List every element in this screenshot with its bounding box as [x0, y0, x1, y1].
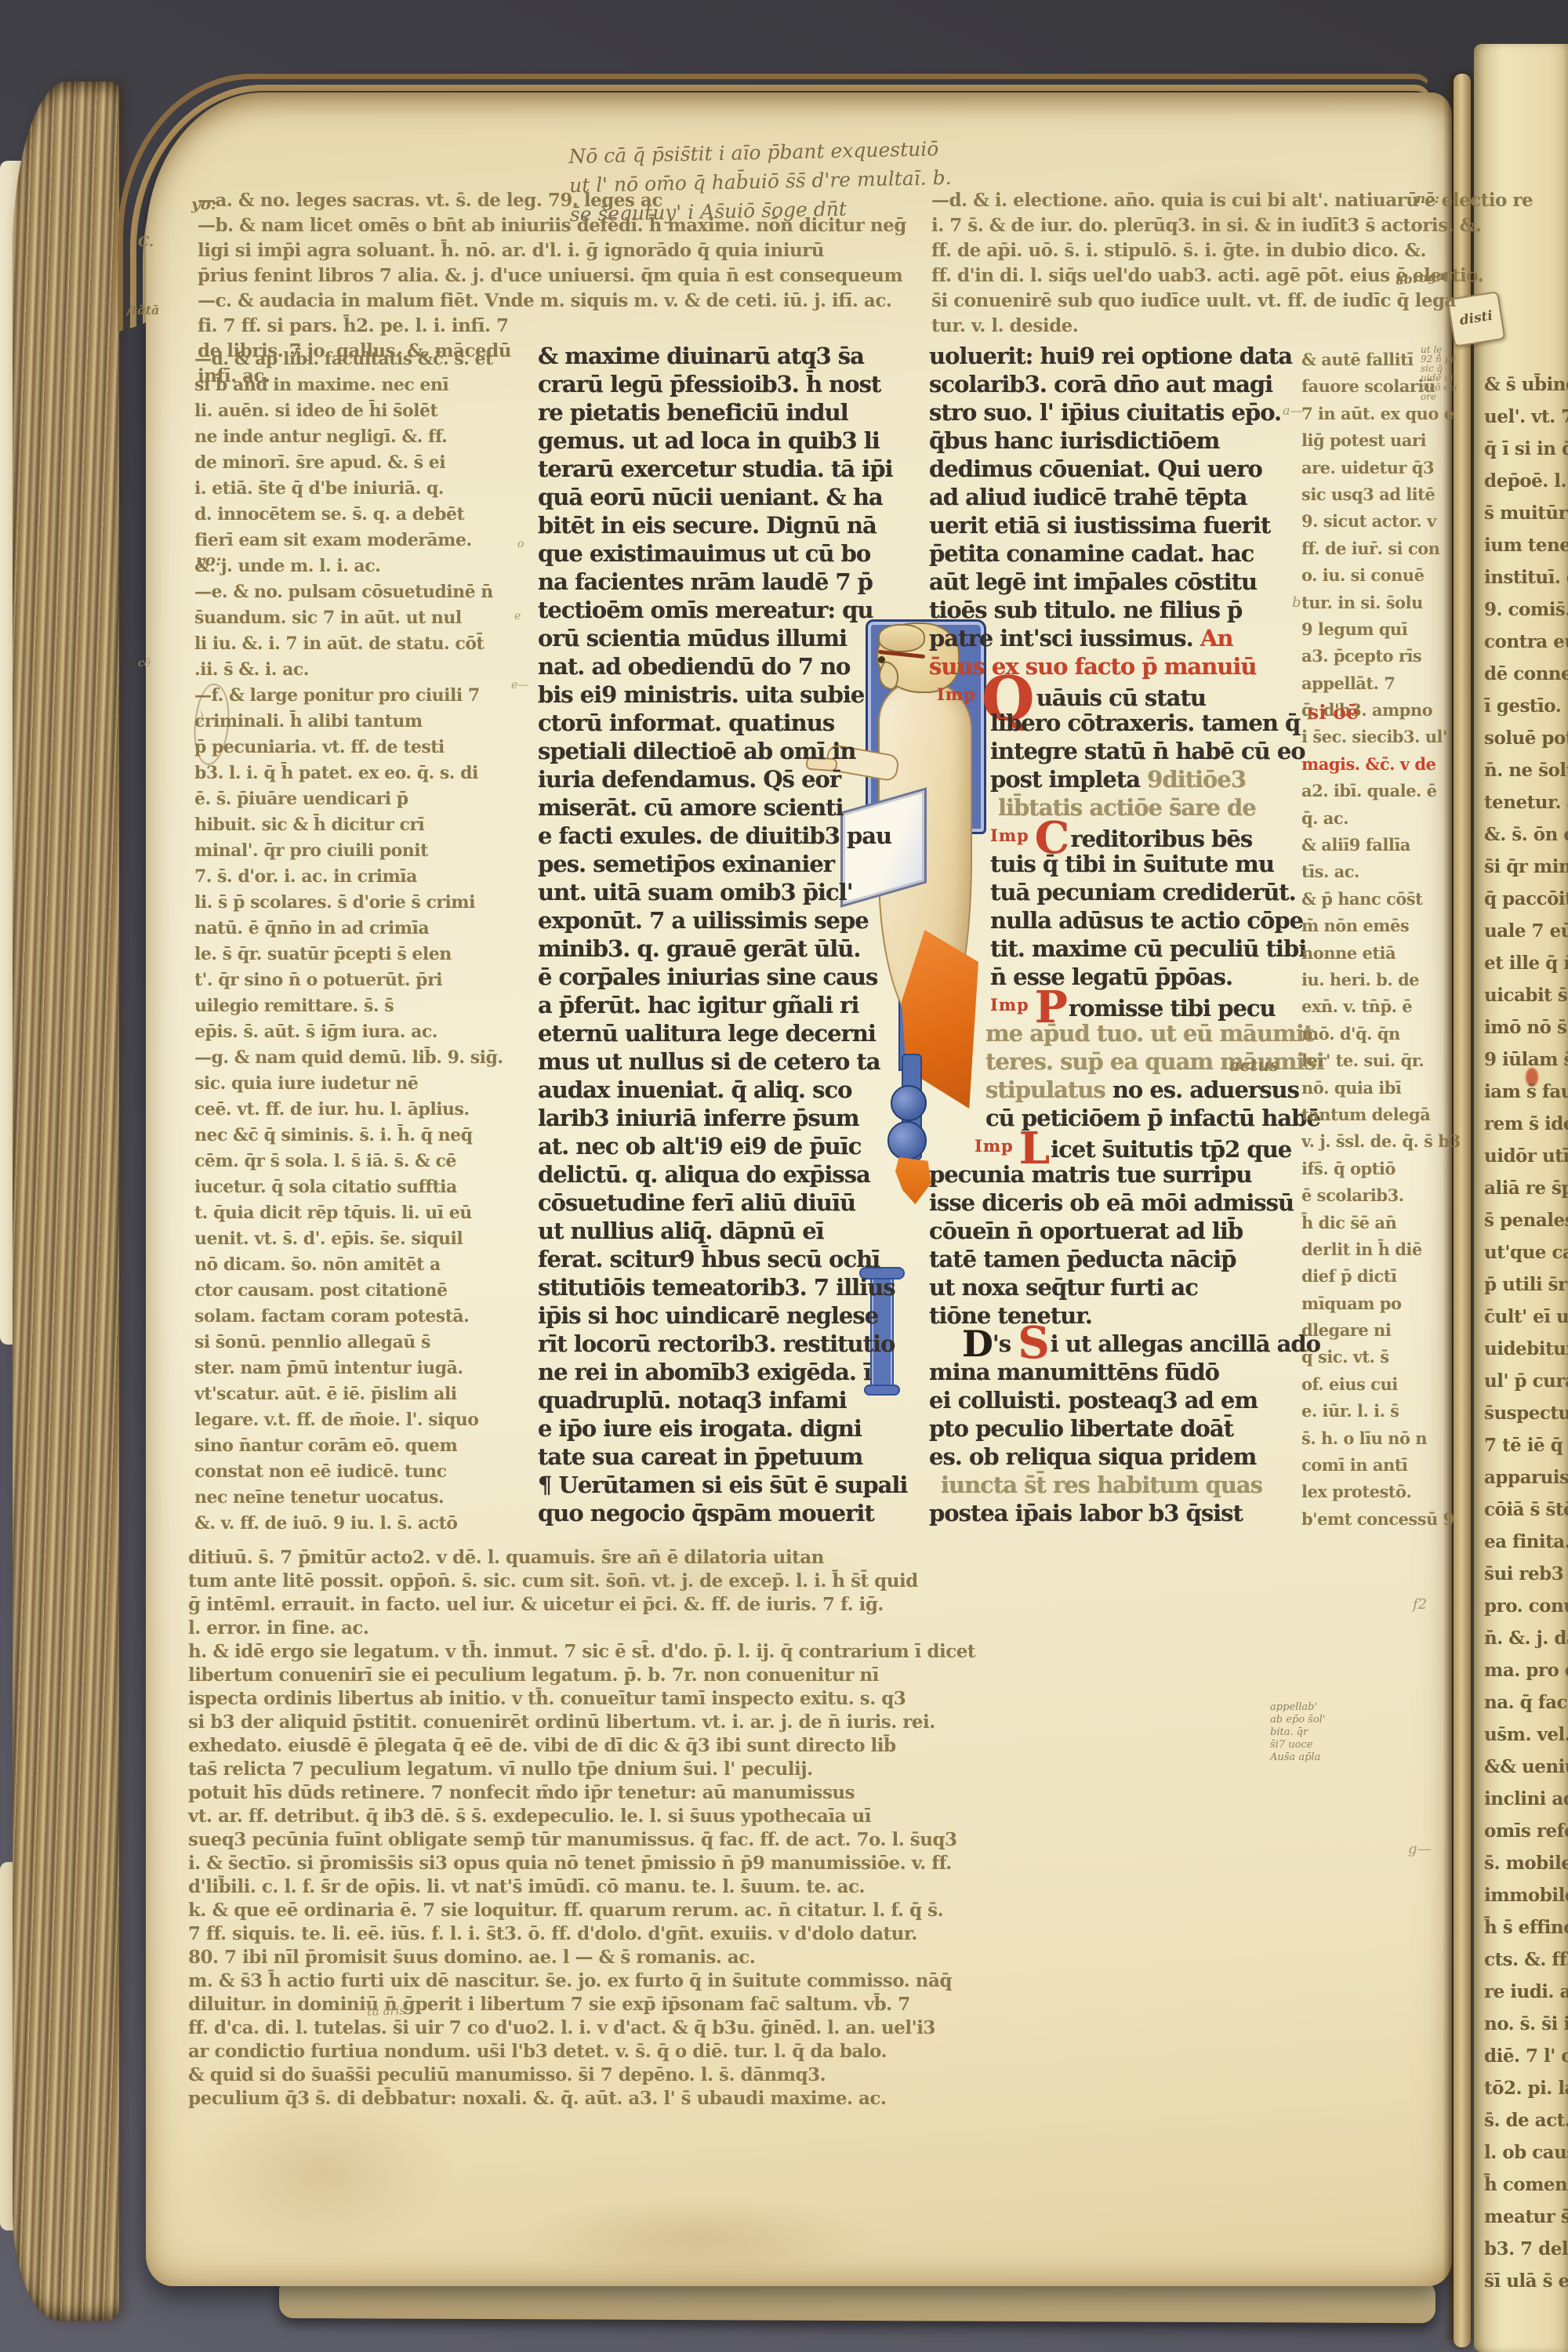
main-column-1-line: delictū. q. aliqua do exp̄issa	[538, 1160, 907, 1189]
left-gloss-column-line: solam. factam coram potestā.	[194, 1304, 503, 1330]
main-column-2-line: integre statū n̄ habē cū eo	[929, 737, 1324, 765]
main-column-2-line: ImpLicet s̄uitutis tp̄2 que	[929, 1132, 1324, 1160]
facing-page-gloss-strip-line: ul' p̄ curatō	[1484, 1365, 1568, 1397]
facing-page-gloss-strip-line: ī gestīo. 7.	[1484, 690, 1568, 722]
main-column-2-line: libero cōtraxeris. tamen q̄	[929, 709, 1324, 737]
facing-page-gloss-strip-line: s̄ muitūr s̄ i q̄	[1484, 497, 1568, 529]
left-gloss-column-line: minal'. q̄r pro ciuili ponit	[194, 838, 503, 864]
main-column-1-line: e facti exules. de diuitib3 pau	[538, 822, 907, 850]
left-gloss-column-line: d. innocētem se. s̄. q. a debēt	[194, 502, 503, 528]
facing-page-gloss-strip-line: us̄m. vel. f.	[1484, 1719, 1568, 1751]
right-gloss-column-line: appellāt. 7	[1301, 670, 1461, 697]
left-gloss-column-line: natū. ē q̄nn̄o in ad crimīa	[194, 916, 503, 942]
left-gloss-column-line: nec neīne tenetur uocatus.	[194, 1485, 503, 1511]
margin-letter-b: b	[1292, 594, 1301, 611]
right-gloss-column-line: s̄. h. o līu nō n	[1301, 1425, 1461, 1452]
bottom-gloss-block-line: potuit hīs dūds retinere. 7 nonfecit m̄d…	[188, 1781, 975, 1805]
bottom-gloss-block-line: diluitur. in dominiū n̄ ḡperit i libertu…	[188, 1993, 975, 2016]
facing-page-gloss-strip-line: et ille q̄ n̄o	[1484, 947, 1568, 979]
bottom-gloss-block-line: peculium q̄3 s̄. di deb̄batur: noxali. &…	[188, 2087, 975, 2111]
left-gloss-column-line: ne inde antur negligī. &. ff.	[194, 424, 503, 450]
main-column-1-line: eternū ualitura lege decerni	[538, 1019, 907, 1047]
bottom-gloss-block-line: ff. d'ca. di. l. tutelas. s̄i uir 7 co d…	[188, 2016, 975, 2040]
margin-letter-f2: f2	[1413, 1596, 1427, 1613]
facing-page-gloss-strip-line: ut'que cas̄u	[1484, 1236, 1568, 1269]
facing-page-gloss-strip-line: diē. 7 l' op̄re	[1484, 2040, 1568, 2072]
facing-page-gloss-strip-line: s̄uspectum	[1484, 1397, 1568, 1429]
left-gloss-column-line: legare. v.t. ff. de m̄oie. l'. siquo	[194, 1407, 503, 1433]
gutter-side-note-line: ore	[1421, 392, 1457, 401]
main-column-1-line: quadruplū. notaq3 infami	[538, 1386, 907, 1414]
main-column-2-line: ImpPromisse tibi pecu	[929, 991, 1324, 1019]
text-segment: 's	[993, 1330, 1018, 1357]
right-gloss-column-line: sic usq3 ad litē	[1301, 481, 1461, 508]
main-column-1-line: rīt locorū rectorib3. restitutio	[538, 1330, 907, 1358]
left-gloss-column-line: vt'scatur. aūt. ē iē. p̄islim ali	[194, 1381, 503, 1407]
left-gloss-column-line: &. v. ff. de iuō. 9 iu. l. s̄. actō	[194, 1511, 503, 1537]
main-column-2: uoluerit: hui9 rei optione datascolarib3…	[929, 342, 1324, 1527]
facing-page-gloss-strip-line: l. ob causas	[1484, 2136, 1568, 2169]
main-column-2-line: n̄ esse legatū p̄pōas.	[929, 963, 1324, 991]
facing-page-gloss-strip-line: s̄ui reb3 p̄r	[1484, 1558, 1568, 1590]
main-column-2-line: ad aliud iudicē trahē tēpta	[929, 483, 1324, 511]
facing-page-gloss-strip-line: uidebitur	[1484, 1333, 1568, 1365]
right-gloss-column-line: iu. heri. b. de	[1301, 967, 1461, 993]
left-gloss-column-line: nō dicam. s̄o. nōn amitēt a	[194, 1252, 503, 1278]
left-gloss-column-line: si s̄onū. pennlio allegaū s̄	[194, 1330, 503, 1356]
facing-page-gloss-strip-line: ea finita. 7p̄	[1484, 1526, 1568, 1558]
text-segment: libero cōtraxeris. tamen q̄	[990, 710, 1300, 736]
main-column-2-line: pto peculio libertate doāt̄	[929, 1414, 1324, 1443]
left-gloss-column-line: t. q̄uia dicit rēp tq̄uis. li. uī eū	[194, 1200, 503, 1226]
text-segment: post impleta	[990, 766, 1147, 793]
facing-page-gloss-strip-line: inclini adict	[1484, 1783, 1568, 1815]
right-gloss-column-line: derlit in h̄ diē	[1301, 1236, 1461, 1263]
main-column-1-line: terarū exercetur studia. tā ip̄i	[538, 455, 907, 483]
bottom-gloss-block-line: sueq3 pecūnia fuīnt obligate semp̄ tūr m…	[188, 1828, 975, 1852]
right-gloss-column-line: q̄. ac.	[1301, 805, 1461, 832]
left-gloss-column-line: s̄uandum. sic 7 in aūt. ut nul	[194, 605, 503, 631]
top-left-gloss-line: fi. 7 ff. si pars. h̄2. pe. l. i. infī. …	[198, 314, 906, 339]
main-column-1-line: at. nec ob alt'i9 ei9 de p̄uīc	[538, 1132, 907, 1160]
facing-page-gloss-strip-line: uel'. vt. 7 ff. dē	[1484, 401, 1568, 433]
facing-page-gloss-strip-line: tenetur. al'	[1484, 786, 1568, 818]
left-gloss-column-line: iucetur. q̄ sola citatio sufftia	[194, 1174, 503, 1200]
bottom-gloss-block-line: & quid si do s̄uas̄s̄i peculiū manumisso…	[188, 2063, 975, 2087]
main-column-1-line: quā eorū nūcii ueniant. & ha	[538, 483, 907, 511]
main-column-1-line: nat. ad obediendū do 7 no	[538, 652, 907, 681]
main-column-2-line: post impleta 9ditiōe3	[929, 765, 1324, 793]
main-column-2-line: ImpQuāuis cū statu	[929, 681, 1324, 709]
facing-page-gloss-strip-line: iam s̄ fauō	[1484, 1076, 1568, 1108]
margin-mark: C.	[138, 234, 154, 250]
rubric-text: Imp	[990, 995, 1029, 1014]
right-gloss-column-line: 9. sicut actor. v	[1301, 508, 1461, 535]
main-column-2-line: stipulatus no es. aduersus	[929, 1076, 1324, 1104]
margin-letter-g: g—	[1408, 1841, 1432, 1857]
facing-page-gloss-strip-line: immobiles.	[1484, 1879, 1568, 1911]
top-left-gloss-line: —a. & no. leges sacras. vt. s̄. de leg. …	[198, 188, 906, 213]
main-column-1-line: ē corp̄ales iniurias sine caus	[538, 963, 907, 991]
right-gloss-column-line: of. eius cui	[1301, 1371, 1461, 1398]
right-gloss-column-line: i s̄ec. siecib3. ul'	[1301, 724, 1461, 750]
left-gloss-column-line: criminali. h̄ alibi tantum	[194, 709, 503, 735]
facing-page-gloss-strip-line: & s̄ ub̄indo. vt	[1484, 368, 1568, 401]
main-column-1-line: ¶ Uerūtamen si eis s̄ūt ē supali	[538, 1471, 907, 1499]
facing-page-gloss-strip-line: uale 7 eū s̄	[1484, 915, 1568, 947]
left-leaf-edge-stack	[13, 82, 119, 2321]
quire-mark: yo:	[196, 550, 221, 569]
bottom-gloss-block-line: tum ante litē possit. opp̄on̄. s̄. sic. …	[188, 1570, 975, 1593]
right-gloss-column-line: a3. p̄cepto rīs	[1301, 643, 1461, 670]
text-segment: nulla adūsus te actio cōpe	[990, 907, 1303, 934]
right-gloss-column-line: are. uidetur q̄3	[1301, 455, 1461, 481]
main-column-1-line: miserāt. cū amore scienti	[538, 793, 907, 822]
facing-page-gloss-strip-line: h̄ comen fieō	[1484, 2169, 1568, 2201]
main-column-1: & maxime diuinarū atq3 s̄acrarū legū p̄f…	[538, 342, 907, 1527]
facing-page-gloss-strip-line: contra eū s̄	[1484, 626, 1568, 658]
main-column-1-line: iuria defendamus. Qs̄ eor̄	[538, 765, 907, 793]
right-gloss-column-line: ff. de iur̄. si con	[1301, 535, 1461, 562]
main-column-1-line: quo negocio q̄spām mouerit	[538, 1499, 907, 1527]
facing-page-gloss-strip-line: re iudi. a di	[1484, 1976, 1568, 2008]
bottom-gloss-block-line: ispecta ordinis libertus ab initio. v th…	[188, 1687, 975, 1711]
left-gloss-column-line: sic. quia iure iudetur nē	[194, 1071, 503, 1097]
top-right-gloss-line: i. 7 s̄. & de iur. do. plerūq3. in si. &…	[931, 213, 1533, 238]
right-gloss-column-line: liḡ potest uari	[1301, 427, 1461, 454]
right-gloss-column-line: nonne etiā	[1301, 940, 1461, 967]
top-right-gloss-line: s̄i conuenirē sub quo iudīce uult. vt. f…	[931, 289, 1533, 314]
text-segment: i ut allegas ancillā ado	[1051, 1330, 1320, 1357]
top-right-gloss-line: —d. & i. electione. an̄o. quia is cui bi…	[931, 188, 1533, 213]
intercolumn-squiggle: e	[514, 610, 521, 622]
bottom-gloss-block-line: m. & s̄3 h̄ actio furti uix dē nascitur.…	[188, 1969, 975, 1993]
left-gloss-column-line: t'. q̄r sino n̄ o potuerūt. p̄ri	[194, 967, 503, 993]
main-column-2-line: q̄bus hanc iurisdictiōem	[929, 426, 1324, 455]
main-column-1-line: gemus. ut ad loca in quib3 li	[538, 426, 907, 455]
faded-note: tū aris	[367, 2003, 406, 2019]
left-gloss-column-line: —d. & ap̄ lib̄i. facultatis &c̄. s̄. et	[194, 347, 503, 372]
top-left-gloss-line: —c. & audacia in malum fiēt. Vnde m. siq…	[198, 289, 906, 314]
facing-page-gloss-strip-line: na. q̄ fac. ff. d'	[1484, 1686, 1568, 1719]
rubric-text: An	[1200, 625, 1233, 652]
facing-page-gloss-strip-line: meatur s̄ete	[1484, 2201, 1568, 2233]
rubric-text: Imp	[975, 1136, 1014, 1156]
bottom-gloss-block: ditiuū. s̄. 7 p̄mitūr acto2. v dē. l. qu…	[188, 1546, 975, 2111]
rubric-text: s̄uus ex suo facto p̄ manuiū	[929, 653, 1256, 680]
main-column-2-line: p̄etita conamine cadat. hac	[929, 539, 1324, 568]
facing-page-gloss-strip-line: tō2. pi. la. 7	[1484, 2072, 1568, 2104]
top-left-gloss-line: —b. & nam licet omēs o bn̄t ab iniuriis …	[198, 213, 906, 238]
bottom-gloss-block-line: l. error. in fine. ac.	[188, 1617, 975, 1640]
margin-mark: /tātā	[127, 303, 159, 318]
facing-page-gloss-strip-line: q̄ paccōit	[1484, 883, 1568, 915]
main-column-1-line: audax inueniat. q̄ aliq. sco	[538, 1076, 907, 1104]
facing-page-gloss-strip-line: n̄. ne s̄olū	[1484, 754, 1568, 786]
main-column-2-line: mina manumittēns fūdō	[929, 1358, 1324, 1386]
left-gloss-column-line: —g. & nam quid demū. lib̄. 9. siḡ.	[194, 1045, 503, 1071]
main-column-2-line: nulla adūsus te actio cōpe	[929, 906, 1324, 935]
right-gloss-column-line: ler' te. sui. q̄r.	[1301, 1047, 1461, 1074]
main-column-2-line: scolarib3. corā dn̄o aut magi	[929, 370, 1324, 398]
text-segment: uāuis cū statu	[1036, 684, 1206, 711]
left-gloss-column-line: li iu. &. i. 7 in aūt. de statu. cōt̄	[194, 631, 503, 657]
right-gloss-column-line: & aliī9 fallīa	[1301, 832, 1461, 858]
right-gloss-column-line: o. iu. si conuē	[1301, 562, 1461, 589]
bottom-gloss-block-line: si b3 der aliquid p̄stitit. conuenirēt o…	[188, 1711, 975, 1734]
left-gloss-column: —d. & ap̄ lib̄i. facultatis &c̄. s̄. ets…	[194, 347, 503, 1537]
right-gloss-column-line: & p̄ hanc cōs̄t	[1301, 886, 1461, 913]
main-column-2-line: uoluerit: hui9 rei optione data	[929, 342, 1324, 370]
right-gloss-column-line: tīs. ac.	[1301, 858, 1461, 885]
text-segment: no es. aduersus	[1112, 1076, 1299, 1103]
left-gloss-column-line: .ii. s̄ &. i. ac.	[194, 657, 503, 683]
main-column-1-line: ut nullius aliq̄. dāpnū eī	[538, 1217, 907, 1245]
bottom-gloss-block-line: ar condictio furtiua nondum. us̄i l'b3 d…	[188, 2040, 975, 2063]
main-column-2-line: es. ob reliqua siqua pridem	[929, 1443, 1324, 1471]
left-gloss-column-line: hibuit. sic & h̄ dicitur crī	[194, 812, 503, 838]
intercolumn-squiggle: o	[517, 538, 524, 550]
main-column-1-line: pes. semetip̄os exinanier	[538, 850, 907, 878]
bottom-gloss-block-line: k. & que eē ordinaria ē. 7 sie loquitur.…	[188, 1899, 975, 1922]
bottom-gloss-block-line: 7 ff. siquis. te. li. eē. iūs. f. l. i. …	[188, 1922, 975, 1946]
left-gloss-column-line: 7. s̄. d'or. i. ac. in crimīa	[194, 864, 503, 890]
rubric-text: magis. &c̄. v de	[1301, 754, 1436, 774]
main-column-1-line: cōsuetudine ferī aliū diuīū	[538, 1189, 907, 1217]
intercolumn-squiggle: e—	[511, 679, 528, 691]
manuscript-photo: disti Nō cā q̄ p̄sis̄tit i aīo p̄bant ex…	[0, 0, 1568, 2352]
top-right-gloss-line: ff. de ap̄i. uō. s̄. i. stipulō. s̄. i. …	[931, 238, 1533, 263]
right-gloss-column-line: ē scolarib3.	[1301, 1182, 1461, 1209]
right-gloss-column-line: dlegare ni	[1301, 1317, 1461, 1344]
facing-page-gloss-strip-line: soluē potin	[1484, 722, 1568, 754]
text-segment: tuis q̄ tibi in s̄uitute mu	[990, 851, 1274, 877]
left-gloss-column-line: li. s̄ p̄ scolares. s̄ d'orie s̄ crimi	[194, 890, 503, 916]
facing-page-gloss-strip-line: uidōr utīq̄	[1484, 1140, 1568, 1172]
main-column-2-line: ei colluisti. posteaq3 ad em	[929, 1386, 1324, 1414]
right-gloss-column-line: exn̄. v. tn̄p̄. ē	[1301, 993, 1461, 1020]
right-gloss-column-line: mō. d'q̄. q̄n	[1301, 1021, 1461, 1047]
text-segment: iuncta s̄t̄ res habitum quas	[941, 1472, 1262, 1498]
main-column-2-line: iuncta s̄t̄ res habitum quas	[929, 1471, 1324, 1499]
right-gloss-column-line: tur. in si. s̄olu	[1301, 590, 1461, 616]
right-gloss-column-line: e. iūr. l. i. s̄	[1301, 1398, 1461, 1425]
main-column-2-line: tatē tamen p̄educta nācip̄	[929, 1245, 1324, 1273]
facing-page-gloss-strip-line: s̄. de act. 7o.	[1484, 2104, 1568, 2136]
quire-mark: no:	[1416, 191, 1439, 207]
left-gloss-column-line: uilegio remittare. s̄. s̄	[194, 993, 503, 1019]
rubric-text: Imp	[937, 684, 976, 704]
bottom-gloss-block-line: vt. ar. ff. detribut. q̄ ib3 dē. s̄ s̄. …	[188, 1805, 975, 1828]
left-gloss-column-line: ster. nam p̄mū intentur iugā.	[194, 1356, 503, 1381]
margin-word-actus: actus	[1229, 1055, 1279, 1075]
main-column-2-line: tuā pecuniam crediderūt.	[929, 878, 1324, 906]
bottom-right-cursive-note: appellab'ab ep̄o s̄ol'bita. q̄rs̄i7 uoce…	[1270, 1701, 1325, 1764]
facing-page-gloss-strip-line: rem s̄ ideō n̄	[1484, 1108, 1568, 1140]
margin-mark: cē	[138, 657, 151, 670]
facing-page-gloss-strip-line: p̄ utili s̄rē	[1484, 1269, 1568, 1301]
left-gloss-column-line: ep̄is. s̄. aūt. s̄ iḡm iura. ac.	[194, 1019, 503, 1045]
main-column-1-line: bitēt in eis secure. Dignū nā	[538, 511, 907, 539]
main-column-2-line: patre int'sci iussimus. An	[929, 624, 1324, 652]
facing-page-gloss-strip-line: ma. pro offi	[1484, 1654, 1568, 1686]
text-segment: tuā pecuniam crediderūt.	[990, 879, 1296, 906]
top-right-gloss-line: tur. v. l. deside.	[931, 314, 1533, 339]
left-gloss-column-line: ctor causam. post citationē	[194, 1278, 503, 1304]
main-column-1-line: crarū legū p̄fessioib3. h̄ nost	[538, 370, 907, 398]
right-gloss-column-line: magis. &c̄. v de	[1301, 751, 1461, 778]
main-column-2-line: tuis q̄ tibi in s̄uitute mu	[929, 850, 1324, 878]
left-gloss-column-line: si b̄ an̄d in maxime. nec enī	[194, 372, 503, 398]
facing-page-gloss-strip-line: dep̄oē. l. s̄ ancī	[1484, 465, 1568, 497]
bottom-gloss-block-line: ḡ intēml. errauit. in facto. uel iur. & …	[188, 1593, 975, 1617]
bottom-right-cursive-note-line: bita. q̄r	[1270, 1726, 1325, 1739]
main-column-1-line: orū scientia mūdus illumi	[538, 624, 907, 652]
bottom-gloss-block-line: exhedato. eiusdē ē p̄legata q̄ eē de. vi…	[188, 1734, 975, 1758]
rubric-margin-note: si oē	[1308, 701, 1359, 724]
main-column-1-line: bis ei9 ministris. uita subie	[538, 681, 907, 709]
left-gloss-column-line: p̄ pecuniaria. vt. ff. de testi	[194, 735, 503, 760]
facing-page-gloss-strip-line: pro. conuem	[1484, 1590, 1568, 1622]
right-gloss-column-line: mīquam po	[1301, 1290, 1461, 1317]
gutter-side-note: ut lę92 n̄ pēsic q̄uidē uidicō elsore	[1421, 345, 1457, 401]
main-column-1-line: que existimauimus ut cū bo	[538, 539, 907, 568]
facing-page-gloss-strip: & s̄ ub̄indo. vtuel'. vt. 7 ff. dēq̄ ī s…	[1484, 368, 1568, 2297]
bottom-right-cursive-note-line: Aus̄a ap̄la	[1270, 1751, 1325, 1764]
bottom-gloss-block-line: h. & idē ergo sie legatum. v th̄. inmut.…	[188, 1640, 975, 1664]
text-segment: 9ditiōe3	[1147, 766, 1246, 793]
left-gloss-column-line: —f. & large ponitur pro ciuili 7	[194, 683, 503, 709]
left-gloss-column-line: le. s̄ q̄r. suatūr p̄cepti s̄ elen	[194, 942, 503, 967]
right-gloss-column-line: v. j. s̄sl. de. q̄. s̄ b3	[1301, 1128, 1461, 1155]
facing-page-gloss-strip-line: n̄. &. j. dami	[1484, 1622, 1568, 1654]
main-column-1-line: larib3 iniuriā inferre p̄sum	[538, 1104, 907, 1132]
left-gloss-column-line: b3. l. i. q̄ h̄ patet. ex eo. q̄. s. di	[194, 760, 503, 786]
bottom-gloss-block-line: libertum conuenirī sie ei peculium legat…	[188, 1664, 975, 1687]
main-column-1-line: ferat. scitur9 h̄bus secū ochī	[538, 1245, 907, 1273]
facing-page-gloss-strip-line: c̄ult' eī ulō	[1484, 1301, 1568, 1333]
main-column-2-line: uerit etiā si iustissima fuerit	[929, 511, 1324, 539]
facing-page-gloss-strip-line: q̄ ī si in q̄u. v.	[1484, 433, 1568, 465]
main-column-2-line: lib̄tatis actiōe s̄are de	[929, 793, 1324, 822]
main-column-2-line: dedimus cōueniat. Qui uero	[929, 455, 1324, 483]
main-column-2-line: me ap̄ud tuo. ut eū māumit	[929, 1019, 1324, 1047]
facing-page-gloss-strip-line: instituī. dē	[1484, 561, 1568, 593]
main-column-1-line: stitutiōis temeatorib3. 7 illius	[538, 1273, 907, 1301]
right-gloss-column-line: a2. ibī. quale. ē	[1301, 778, 1461, 804]
main-column-2-line: D's Si ut allegas ancillā ado	[929, 1330, 1324, 1358]
main-column-2-line: stro suo. l' ip̄ius ciuitatis ep̄o.	[929, 398, 1324, 426]
left-gloss-column-line: cēm. q̄r s̄ sola. l. s̄ iā. s̄. & cē	[194, 1149, 503, 1174]
facing-page-gloss-strip-line: dē connexa	[1484, 658, 1568, 690]
quire-mark: yo:	[191, 194, 216, 213]
right-gloss-column-line: q̄ sic. vt. s̄	[1301, 1344, 1461, 1370]
right-gloss-column-line: 9 legum quī	[1301, 616, 1461, 643]
facing-page-gloss-strip-line: h̄ s̄ effino ma	[1484, 1911, 1568, 1944]
bottom-gloss-block-line: ditiuū. s̄. 7 p̄mitūr acto2. v dē. l. qu…	[188, 1546, 975, 1570]
main-column-1-line: minib3. q. grauē gerāt ūlū.	[538, 935, 907, 963]
right-gloss-column: & autē fallitīfauore scolariū7 in aūt. e…	[1301, 347, 1461, 1533]
facing-page-gloss-strip-line: imō nō s̄	[1484, 1011, 1568, 1044]
bottom-gloss-block-line: i. & s̄ectīo. si p̄romiss̄is si3 opus qu…	[188, 1852, 975, 1875]
main-column-1-line: unt. uitā suam omib3 p̄icl'	[538, 878, 907, 906]
right-gloss-column-line: b'emt concessū 9	[1301, 1506, 1461, 1533]
facing-page-gloss-strip-line: s̄i q̄r min. 7ē	[1484, 851, 1568, 883]
text-segment: integre statū n̄ habē cū eo	[990, 738, 1305, 764]
margin-letter-a: a—	[1283, 403, 1303, 418]
main-column-2-line: cōueīn n̄ oportuerat ad lib̄	[929, 1217, 1324, 1245]
top-left-gloss-line: ligi si imp̄i agra soluant. h̄. nō. ar. …	[198, 238, 906, 263]
right-gloss-column-line: lex protestō.	[1301, 1479, 1461, 1505]
main-column-1-line: mus ut nullus si de cetero ta	[538, 1047, 907, 1076]
left-gloss-column-line: nec &c̄ q̄ siminis. s̄. i. h̄. q̄ neq̄	[194, 1123, 503, 1149]
text-segment: me ap̄ud tuo. ut eū māumit	[985, 1020, 1313, 1047]
rubric-text: Imp	[990, 826, 1029, 845]
facing-page-gloss-strip-line: no. s̄. s̄i illud	[1484, 2008, 1568, 2040]
main-column-2-line: pecunia matris tue surripu	[929, 1160, 1324, 1189]
main-column-2-line: ut noxa seq̄tur furti ac	[929, 1273, 1324, 1301]
bottom-gloss-block-line: d'lib̄ili. c. l. f. s̄r de op̄is. li. vt…	[188, 1875, 975, 1899]
facing-page-gloss-strip-line: &. s̄. ōn ea	[1484, 818, 1568, 851]
main-column-1-line: ip̄is si hoc uindicarē neglese	[538, 1301, 907, 1330]
main-column-1-line: exponūt. 7 a uilissimis sepe	[538, 906, 907, 935]
bottom-right-cursive-note-line: appellab'	[1270, 1701, 1325, 1714]
left-gloss-column-line: uenit. vt. s̄. d'. ep̄is. s̄e. siquil	[194, 1226, 503, 1252]
bottom-right-cursive-note-line: s̄i7 uoce	[1270, 1739, 1325, 1751]
right-gloss-column-line: h̄ dic s̄ē an̄	[1301, 1210, 1461, 1236]
right-gloss-column-line: comī in antī	[1301, 1452, 1461, 1479]
left-gloss-column-line: ceē. vt. ff. de iur. hu. l. āplius.	[194, 1097, 503, 1123]
text-segment: romisse tibi pecu	[1069, 995, 1276, 1022]
top-left-gloss-line: p̄rius fenint libros 7 alia. &. j. d'uce…	[198, 263, 906, 289]
right-gloss-column-line: nō. quia ibī	[1301, 1075, 1461, 1102]
bottom-gloss-block-line: tas̄ relicta 7 peculium legatum. vī null…	[188, 1758, 975, 1781]
top-right-gloss: —d. & i. electione. an̄o. quia is cui bi…	[931, 188, 1533, 339]
left-gloss-column-line: i. etiā. s̄te q̄ d'be iniuriā. q.	[194, 476, 503, 502]
text-segment: reditoribus bēs	[1070, 826, 1252, 852]
main-column-1-line: ctorū informat. quatinus	[538, 709, 907, 737]
facing-page-gloss-strip-line: 7 tē iē q̄ s̄en̄a	[1484, 1429, 1568, 1461]
right-gloss-column-line: m̄ nōn emēs	[1301, 913, 1461, 939]
main-column-2-line: tioēs sub titulo. ne filius p̄	[929, 596, 1324, 624]
facing-page-gloss-strip-line: s̄ penales. 7	[1484, 1204, 1568, 1236]
main-column-1-line: tectioēm omīs mereatur: qu	[538, 596, 907, 624]
main-column-1-line: e ip̄o iure eis irogata. digni	[538, 1414, 907, 1443]
text-segment: stipulatus	[985, 1076, 1112, 1103]
main-column-2-line: aūt legē int imp̄ales cōstitu	[929, 568, 1324, 596]
facing-page-gloss-strip-line: cts. &. ff. de	[1484, 1944, 1568, 1976]
main-column-1-line: tate sua careat in p̄petuum	[538, 1443, 907, 1471]
facing-page-gloss-strip-line: omīs refect	[1484, 1815, 1568, 1847]
main-column-2-line: tit. maxime cū peculiū tibi	[929, 935, 1324, 963]
left-gloss-column-line: &. j. unde m. l. i. ac.	[194, 554, 503, 579]
text-segment: icet s̄uitutis tp̄2 que	[1051, 1136, 1291, 1163]
facing-page-gloss-strip-line: ium tenetur.	[1484, 529, 1568, 561]
text-segment: n̄ esse legatū p̄pōas.	[990, 964, 1232, 990]
bottom-right-cursive-note-line: ab ep̄o s̄ol'	[1270, 1714, 1325, 1726]
main-column-2-line: ImpCreditoribus bēs	[929, 822, 1324, 850]
facing-page-gloss-strip-line: apparuiss̄	[1484, 1461, 1568, 1494]
main-column-1-line: spetiali dilectioē ab omī in	[538, 737, 907, 765]
facing-page-gloss-strip-line: cōiā s̄ s̄tē	[1484, 1494, 1568, 1526]
facing-page-gloss-strip-line: s̄. mobiles 7	[1484, 1847, 1568, 1879]
left-gloss-column-line: —e. & no. pulsam cōsuetudinē n̄	[194, 579, 503, 605]
right-gloss-column-line: dief p̄ dictī	[1301, 1263, 1461, 1290]
main-column-1-line: a p̄ferūt. hac igitur gñali ri	[538, 991, 907, 1019]
left-gloss-column-line: ē. s̄. p̄iuāre uendicari p̄	[194, 786, 503, 812]
text-segment: patre int'sci iussimus.	[929, 625, 1200, 652]
facing-page-gloss-strip-line: 9. comis̄. s̄i	[1484, 593, 1568, 626]
